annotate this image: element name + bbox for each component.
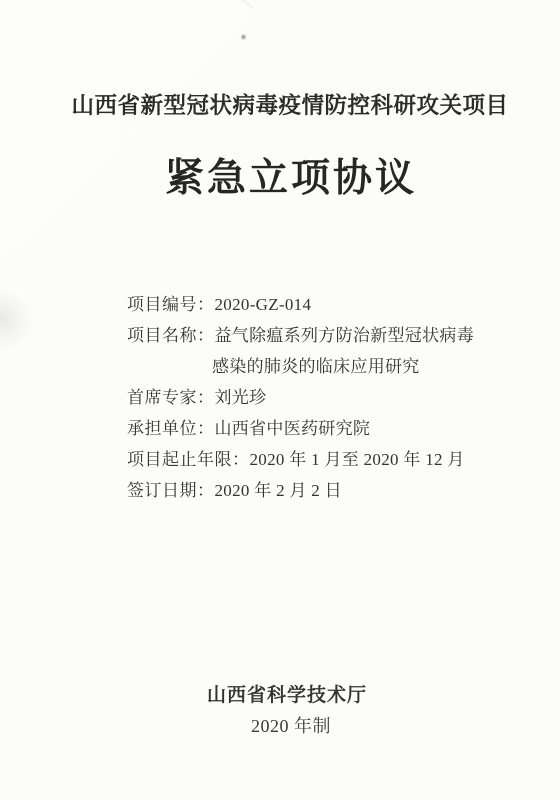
field-block: 项目编号：2020-GZ-014 项目名称：益气除瘟系列方防治新型冠状病毒 感染… — [127, 289, 527, 506]
field-chief-expert: 首席专家：刘光珍 — [127, 382, 527, 413]
project-number-label: 项目编号： — [127, 295, 215, 314]
scan-smudge — [0, 286, 42, 358]
field-undertaking-unit: 承担单位：山西省中医药研究院 — [127, 413, 527, 444]
document-title: 紧急立项协议 — [11, 147, 560, 203]
chief-expert-label: 首席专家： — [127, 388, 215, 407]
field-signing-date: 签订日期：2020 年 2 月 2 日 — [127, 475, 527, 506]
scanned-document-page: 山西省新型冠状病毒疫情防控科研攻关项目 紧急立项协议 项目编号：2020-GZ-… — [0, 0, 560, 800]
scan-streak — [225, 0, 253, 8]
chief-expert-value: 刘光珍 — [215, 388, 267, 407]
scan-speck — [240, 34, 246, 41]
signing-date-value: 2020 年 2 月 2 日 — [215, 481, 342, 500]
issuing-agency: 山西省科学技术厅 — [7, 680, 560, 707]
project-period-label: 项目起止年限： — [127, 450, 250, 469]
edition-year: 2020 年制 — [11, 712, 560, 738]
field-project-name-continued: 感染的肺炎的临床应用研究 — [127, 351, 527, 382]
project-name-value-line1: 益气除瘟系列方防治新型冠状病毒 — [215, 326, 475, 345]
field-project-period: 项目起止年限：2020 年 1 月至 2020 年 12 月 — [127, 444, 527, 475]
undertaking-unit-value: 山西省中医药研究院 — [215, 419, 371, 438]
field-project-number: 项目编号：2020-GZ-014 — [127, 289, 527, 320]
signing-date-label: 签订日期： — [127, 481, 215, 500]
field-project-name: 项目名称：益气除瘟系列方防治新型冠状病毒 — [127, 320, 527, 351]
project-period-value: 2020 年 1 月至 2020 年 12 月 — [250, 450, 465, 469]
project-name-label: 项目名称： — [127, 326, 215, 345]
project-number-value: 2020-GZ-014 — [215, 295, 312, 314]
undertaking-unit-label: 承担单位： — [127, 419, 215, 438]
program-title: 山西省新型冠状病毒疫情防控科研攻关项目 — [10, 88, 560, 120]
project-name-value-line2: 感染的肺炎的临床应用研究 — [212, 357, 420, 376]
